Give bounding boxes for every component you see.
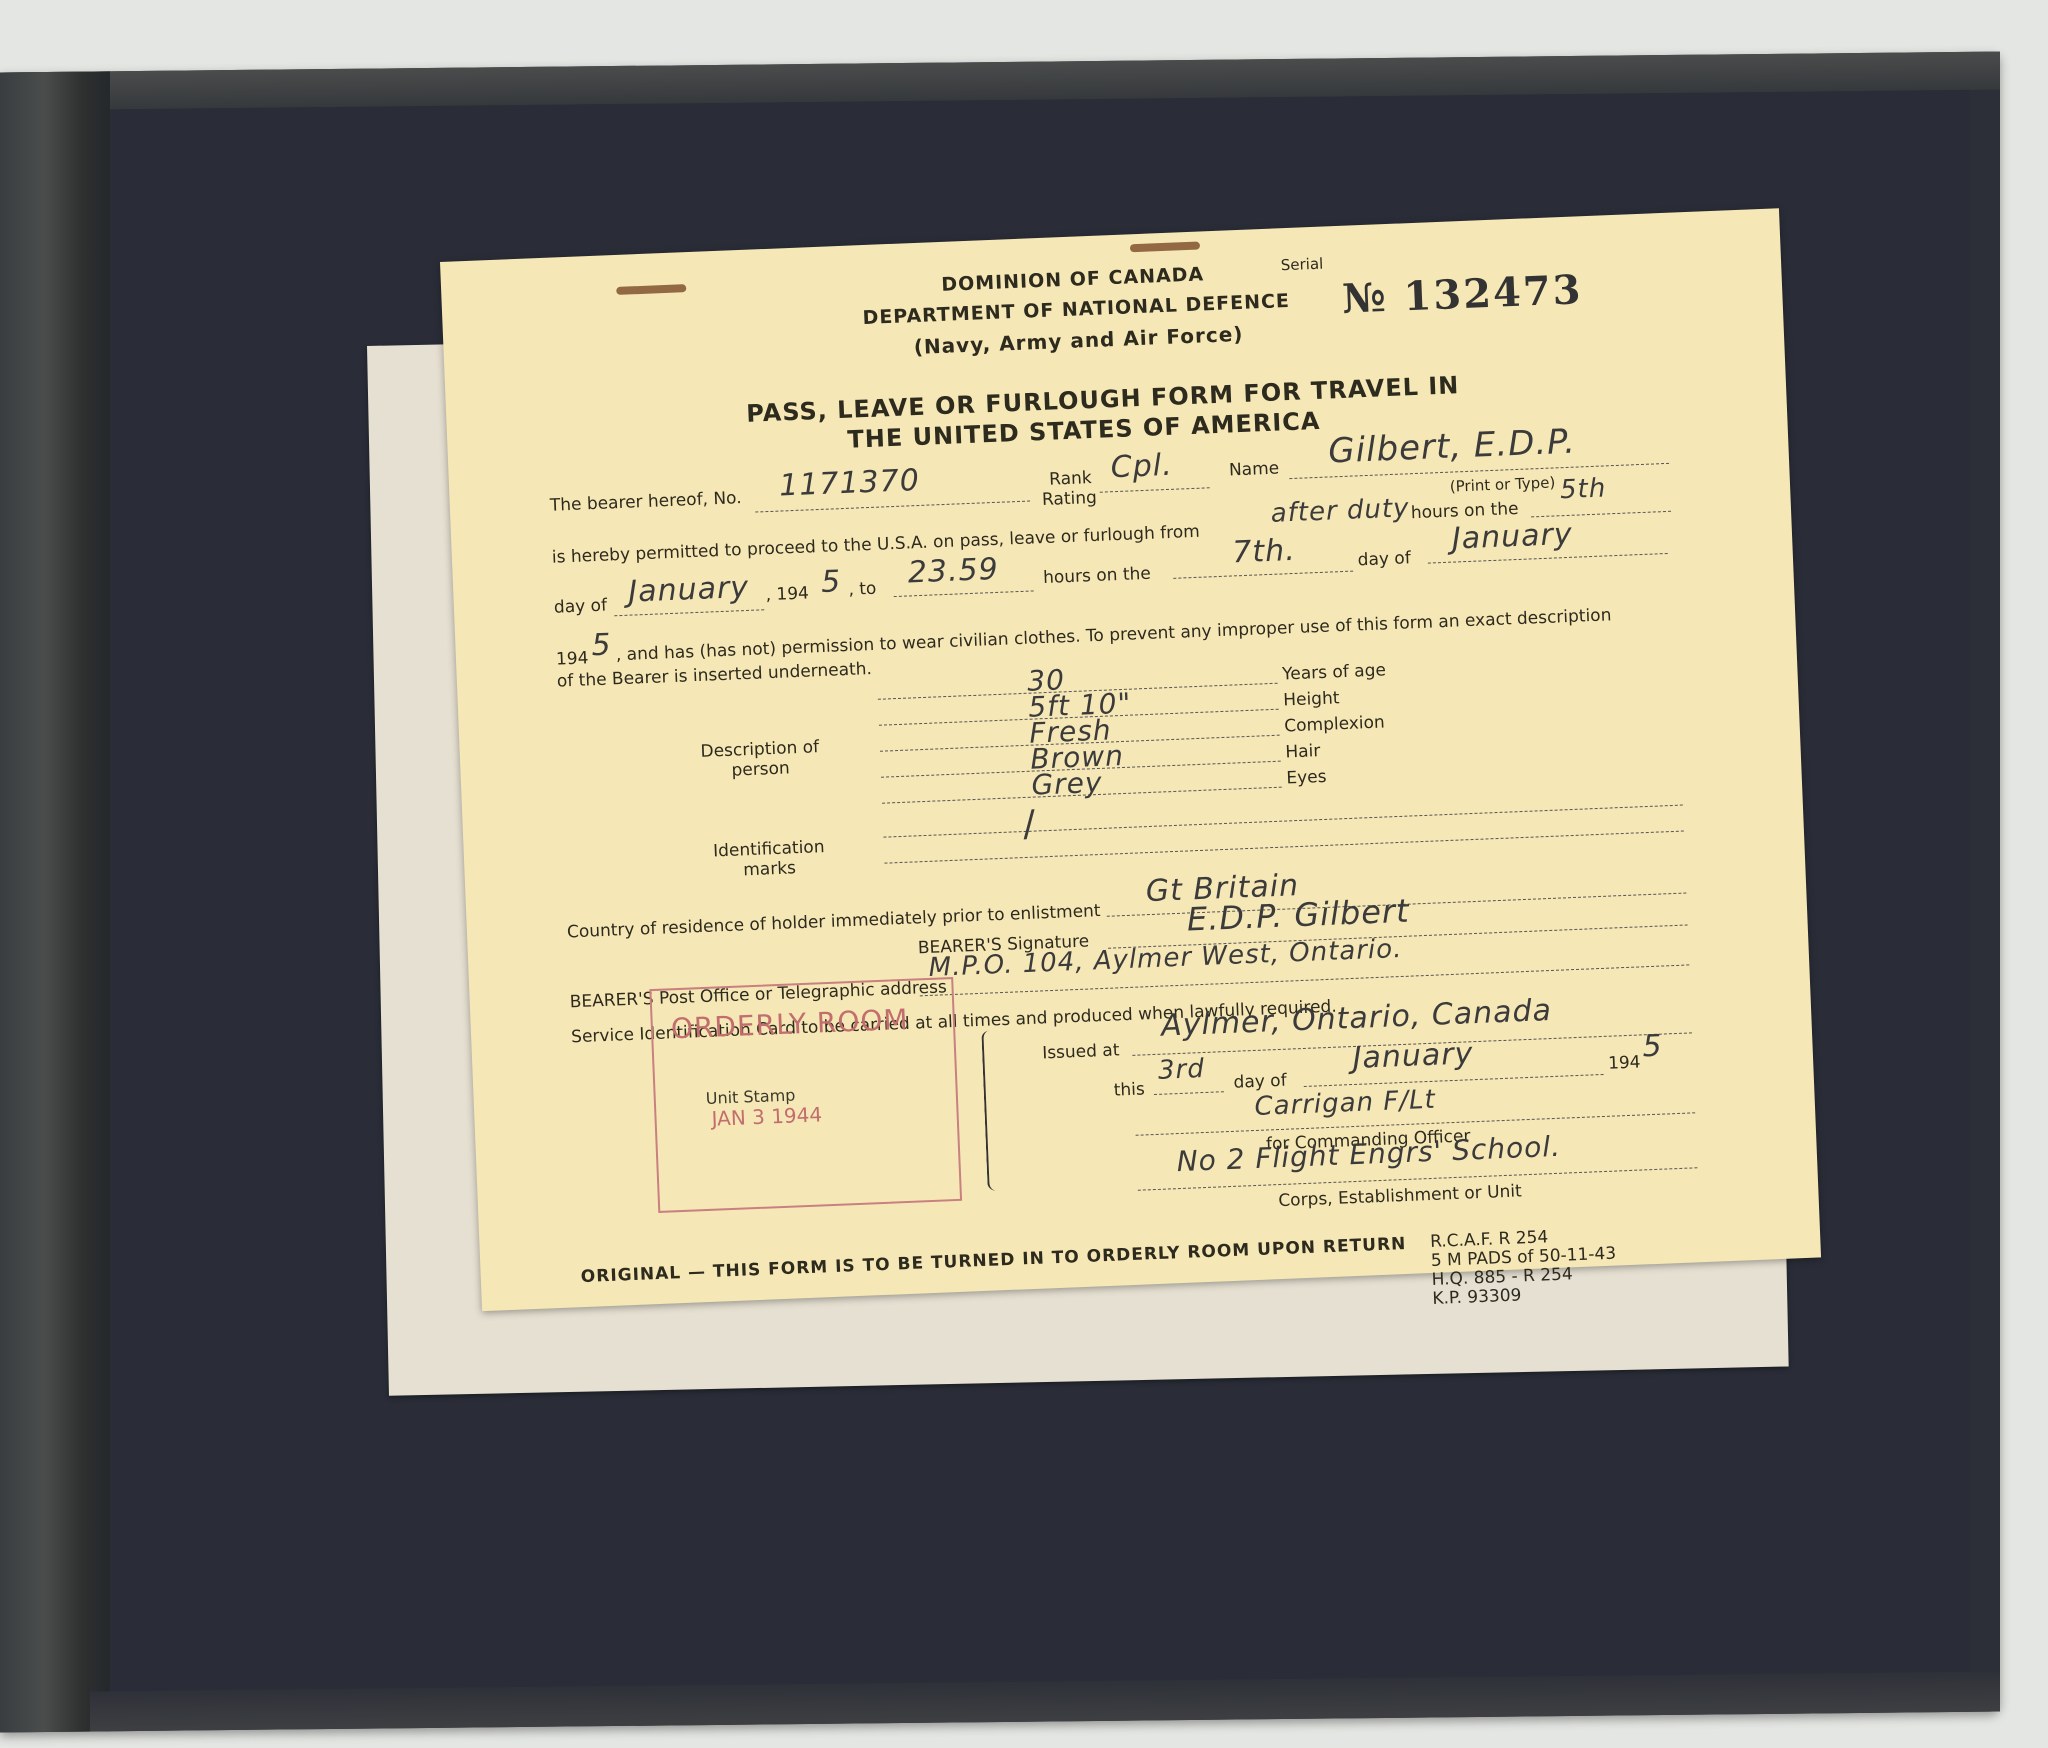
header-dominion: DOMINION OF CANADA <box>941 263 1205 296</box>
to-month-value: January <box>1451 517 1573 557</box>
rank-label: Rank <box>1049 468 1092 490</box>
rating-label: Rating <box>1042 488 1098 510</box>
bearer-no-value: 1171370 <box>779 463 921 504</box>
permission-text: , and has (has not) permission to wear c… <box>616 605 1612 665</box>
to-year-prefix: 194 <box>556 648 589 669</box>
print-or-type-label: (Print or Type) <box>1449 473 1555 495</box>
rank-value: Cpl. <box>1110 448 1173 485</box>
issued-day-value: 3rd <box>1157 1054 1205 1086</box>
unit-label: Corps, Establishment or Unit <box>1278 1181 1522 1211</box>
year-prefix-label: , 194 <box>765 583 809 605</box>
id-marks-label: Identification marks <box>708 837 830 882</box>
signature-value: E.D.P. Gilbert <box>1186 892 1410 939</box>
furlough-form: DOMINION OF CANADA DEPARTMENT OF NATIONA… <box>440 208 1821 1311</box>
unit-value: No 2 Flight Engrs' School. <box>1176 1130 1562 1178</box>
id-marks-value: / <box>1022 804 1037 845</box>
description-label-item: Height <box>1283 688 1340 710</box>
to-time-value: 23.59 <box>907 552 999 591</box>
issued-month-value: January <box>1352 1036 1474 1076</box>
name-value: Gilbert, E.D.P. <box>1328 422 1577 472</box>
description-label-item: Complexion <box>1284 712 1385 736</box>
staple-mark <box>1130 241 1200 252</box>
issued-at-label: Issued at <box>1042 1040 1120 1063</box>
day-of-label-2: day of <box>1357 548 1411 570</box>
from-day-value: 5th <box>1559 473 1606 505</box>
issued-day-of-label: day of <box>1233 1071 1287 1093</box>
brace <box>981 1030 1003 1191</box>
description-label-item: Eyes <box>1286 767 1327 789</box>
hours-on-label-2: hours on the <box>1043 564 1151 588</box>
serial-label: Serial <box>1280 255 1323 275</box>
officer-signature: Carrigan F/Lt <box>1254 1085 1436 1122</box>
day-of-label: day of <box>554 596 608 618</box>
description-label: Description of person <box>699 737 821 782</box>
from-year-value: 5 <box>820 564 841 600</box>
binder-spine <box>0 71 110 1732</box>
description-label-item: Years of age <box>1282 660 1386 684</box>
header-services: (Navy, Army and Air Force) <box>913 322 1244 359</box>
staple-mark <box>616 284 686 295</box>
inserted-text: of the Bearer is inserted underneath. <box>557 659 873 692</box>
stamp-title: ORDERLY ROOM <box>670 1003 909 1046</box>
from-time-value: after duty <box>1270 493 1410 529</box>
this-label: this <box>1113 1079 1145 1100</box>
to-year-value: 5 <box>591 627 612 663</box>
bearer-no-label: The bearer hereof, No. <box>549 488 742 516</box>
issued-year-value: 5 <box>1642 1029 1663 1065</box>
serial-number: № 132473 <box>1341 266 1583 323</box>
permit-text: is hereby permitted to proceed to the U.… <box>552 522 1201 568</box>
to-label: , to <box>848 579 877 600</box>
from-month-value: January <box>628 570 750 610</box>
description-label-item: Hair <box>1285 741 1321 762</box>
orderly-room-stamp: ORDERLY ROOM Unit Stamp JAN 3 1944 <box>649 977 962 1213</box>
footer-codes: R.C.A.F. R 254 5 M PADS of 50-11-43 H.Q.… <box>1430 1226 1618 1309</box>
description-value: Grey <box>1031 766 1103 802</box>
name-label: Name <box>1229 458 1280 480</box>
to-day-value: 7th. <box>1232 533 1297 571</box>
issued-year-prefix: 194 <box>1608 1052 1641 1073</box>
stamp-date: JAN 3 1944 <box>711 1102 822 1130</box>
